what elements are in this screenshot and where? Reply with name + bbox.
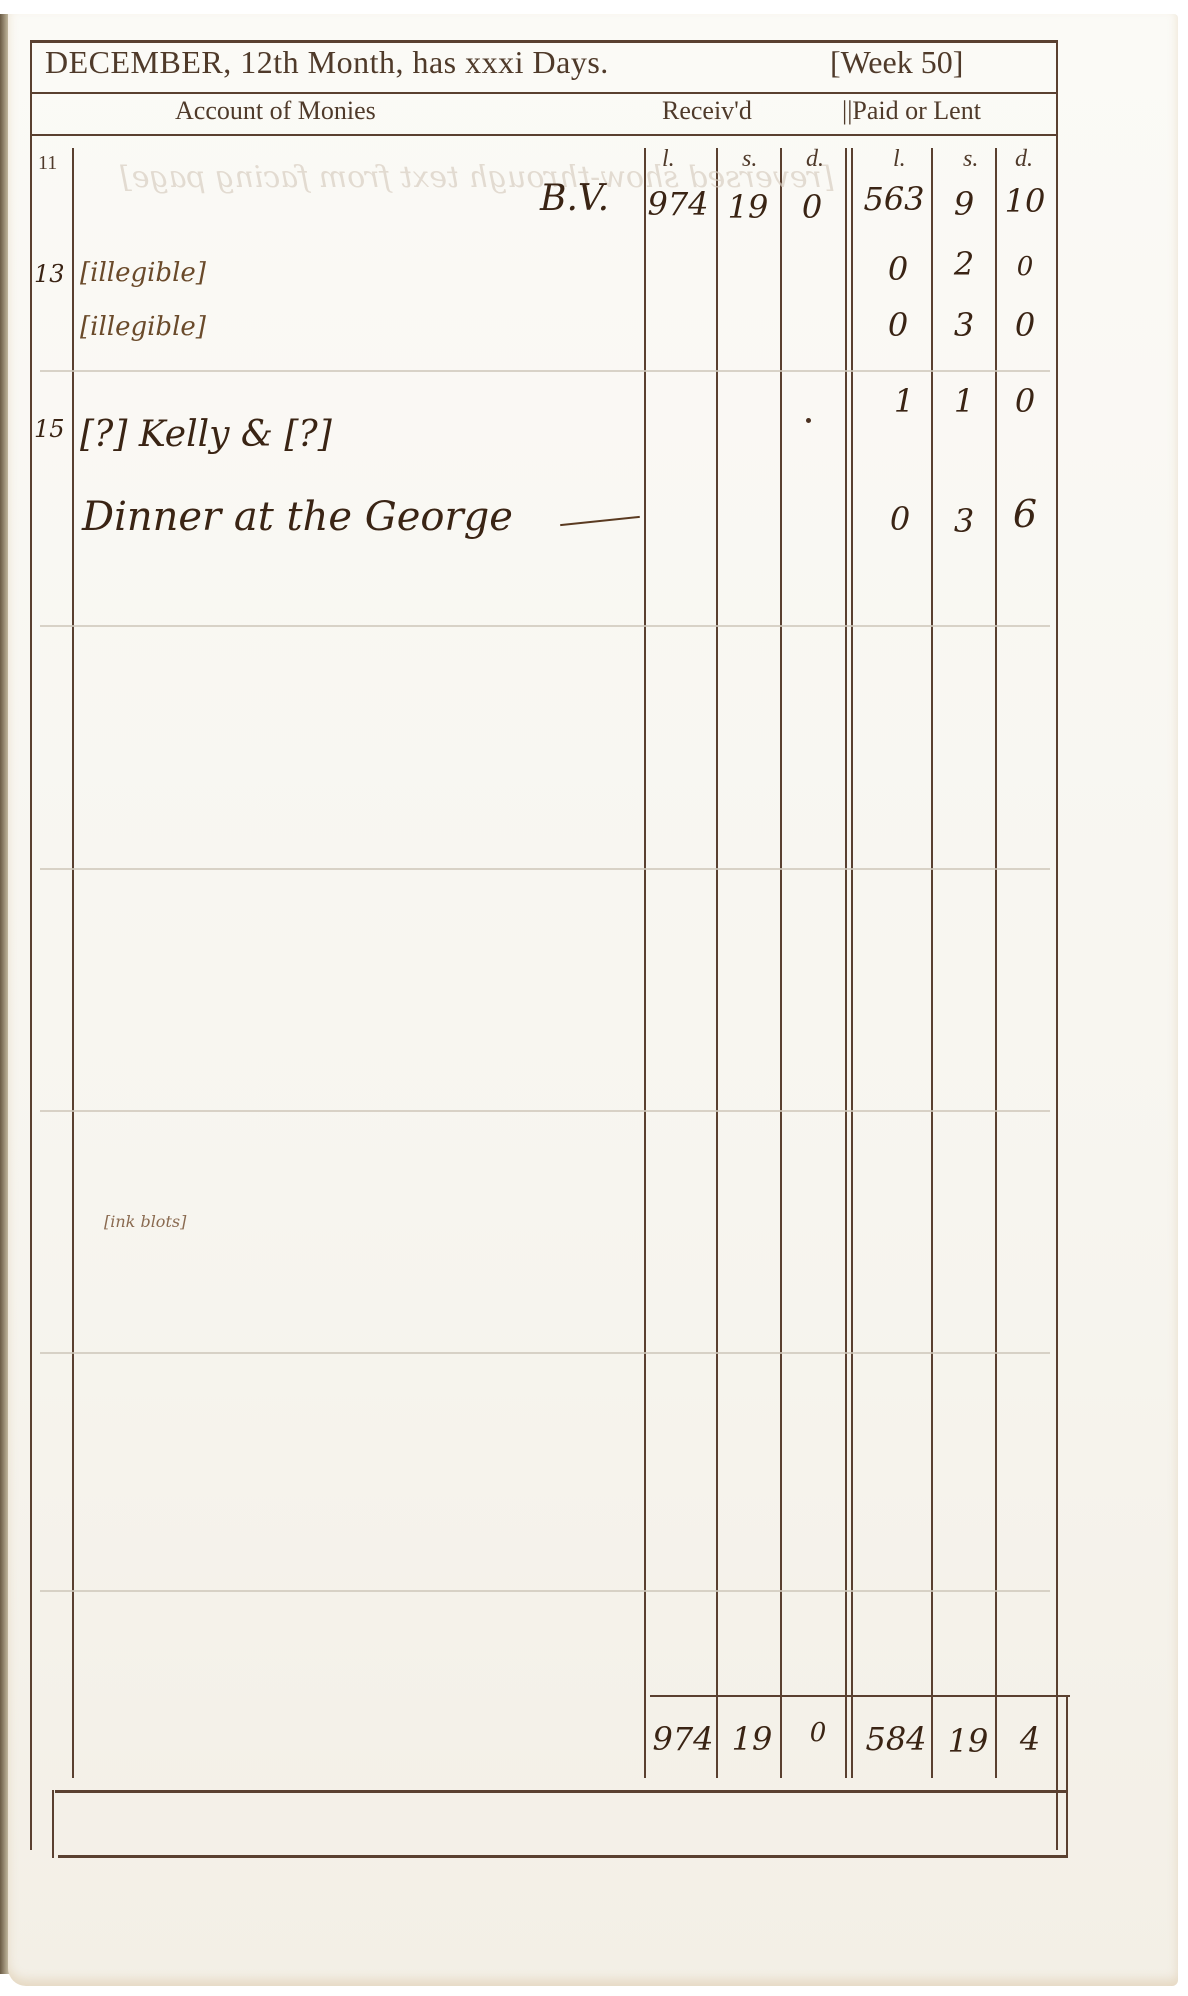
received-pence: 0: [782, 188, 842, 226]
paid-pence: 0: [995, 252, 1055, 282]
entry-description: Dinner at the George: [82, 494, 513, 540]
total-received-pence: 0: [788, 1718, 848, 1748]
received-shillings-rule: [716, 148, 718, 1778]
totals-top-rule: [650, 1695, 1070, 1697]
day-column-rule: [72, 148, 74, 1778]
paid-pence: 6: [995, 492, 1055, 536]
unit-paid-pence: d.: [1015, 146, 1033, 173]
row-separator: [40, 1590, 1050, 1592]
received-pence-rule: [780, 148, 782, 1778]
day-label-13: 13: [34, 260, 65, 288]
received-pounds-rule: [644, 148, 646, 1778]
paid-pounds: 563: [856, 180, 932, 218]
title-divider: [32, 92, 1056, 94]
ink-blot-mark: [ink blots]: [104, 1212, 186, 1231]
entry-description: [illegible]: [80, 258, 206, 288]
totals-bottom-rule: [55, 1790, 1068, 1793]
total-paid-shillings: 19: [938, 1722, 998, 1760]
total-paid-pounds: 584: [858, 1720, 934, 1758]
frame-left-rule: [30, 40, 32, 1850]
column-account-label: Account of Monies: [175, 96, 376, 126]
paid-pounds: 0: [868, 306, 928, 344]
column-header-divider: [32, 134, 1056, 136]
total-paid-pence: 4: [1000, 1720, 1060, 1758]
row-separator: [40, 1352, 1050, 1354]
row-separator: [40, 625, 1050, 627]
row-separator: [40, 370, 1050, 372]
frame-top-rule: [30, 40, 1058, 43]
frame-right-rule: [1056, 40, 1058, 1850]
ink-dot: [806, 418, 811, 423]
column-paid-label: ||Paid or Lent: [842, 96, 981, 126]
entry-description: B.V.: [540, 178, 609, 219]
received-pounds: 974: [640, 185, 716, 223]
paid-double-rule-b: [851, 148, 853, 1778]
paid-double-rule-a: [845, 148, 847, 1778]
paid-shillings: 9: [934, 185, 994, 223]
paid-shillings: 3: [934, 306, 994, 344]
paid-shillings: 3: [934, 502, 994, 540]
entry-description: [?] Kelly & [?]: [80, 414, 332, 455]
unit-paid-pounds: l.: [893, 146, 906, 173]
paid-pence: 10: [995, 182, 1055, 220]
total-received-pounds: 974: [648, 1720, 718, 1758]
unit-paid-shillings: s.: [963, 146, 978, 173]
paid-pence: 0: [995, 382, 1055, 420]
footer-left-rule: [52, 1790, 54, 1858]
week-label: [Week 50]: [830, 44, 963, 81]
row-separator: [40, 868, 1050, 870]
column-received-label: Receiv'd: [662, 96, 752, 126]
paid-pounds: 0: [868, 250, 928, 288]
paid-pence: 0: [995, 306, 1055, 344]
paid-shillings: 1: [934, 382, 994, 420]
total-received-shillings: 19: [722, 1720, 782, 1758]
paid-pounds: 0: [870, 500, 930, 538]
day-label-15: 15: [34, 415, 65, 443]
paid-shillings: 2: [934, 245, 994, 283]
footer-right-rule: [1066, 1790, 1068, 1858]
entry-description: [illegible]: [80, 312, 206, 342]
received-shillings: 19: [718, 188, 778, 226]
row-separator: [40, 1110, 1050, 1112]
day-label-11: 11: [38, 152, 57, 175]
page-bottom-rule-a: [58, 1855, 1068, 1858]
totals-right-rule: [1066, 1695, 1068, 1795]
paid-pounds: 1: [874, 382, 934, 420]
